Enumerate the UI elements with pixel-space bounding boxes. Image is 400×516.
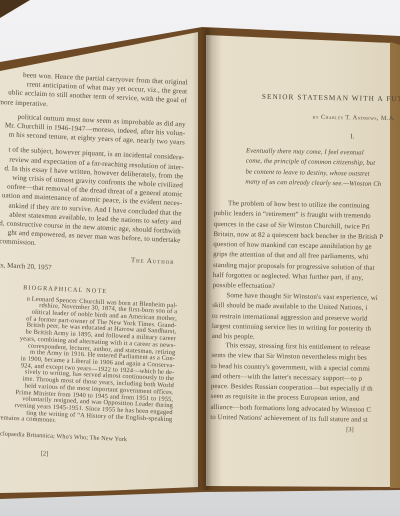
section-numeral: I. xyxy=(350,132,354,140)
biographical-note-text: n Leonard Spencer Churchill was born at … xyxy=(0,288,178,431)
right-paragraph-1: The problem of how best to utilize the c… xyxy=(213,199,384,295)
text-line: to United Nations' achievement of its fu… xyxy=(210,413,372,426)
text-line: many of us can already clearly see.—Wins… xyxy=(245,178,381,191)
open-book-photo: been won. Hence the partial carryover fr… xyxy=(0,0,400,516)
right-paragraph-3: This essay, stressing first his entitlem… xyxy=(210,341,373,426)
right-paragraph-2: Some have thought Sir Winston's vast exp… xyxy=(212,291,378,345)
byline: by Charles T. Andrews, M.A. xyxy=(313,114,396,122)
left-page-text: been won. Hence the partial carryover fr… xyxy=(0,63,188,463)
epigraph: Eventually there may come, I feel eventu… xyxy=(245,147,382,191)
chapter-title: SENIOR STATESMAN WITH A FUT xyxy=(262,93,400,103)
right-page-text: SENIOR STATESMAN WITH A FUT by Charles T… xyxy=(209,0,400,516)
right-page-number: [3] xyxy=(346,426,354,433)
left-paragraph-3: t of the subject, however piquant, is an… xyxy=(0,139,184,255)
cover-corner-top-left xyxy=(0,0,30,18)
